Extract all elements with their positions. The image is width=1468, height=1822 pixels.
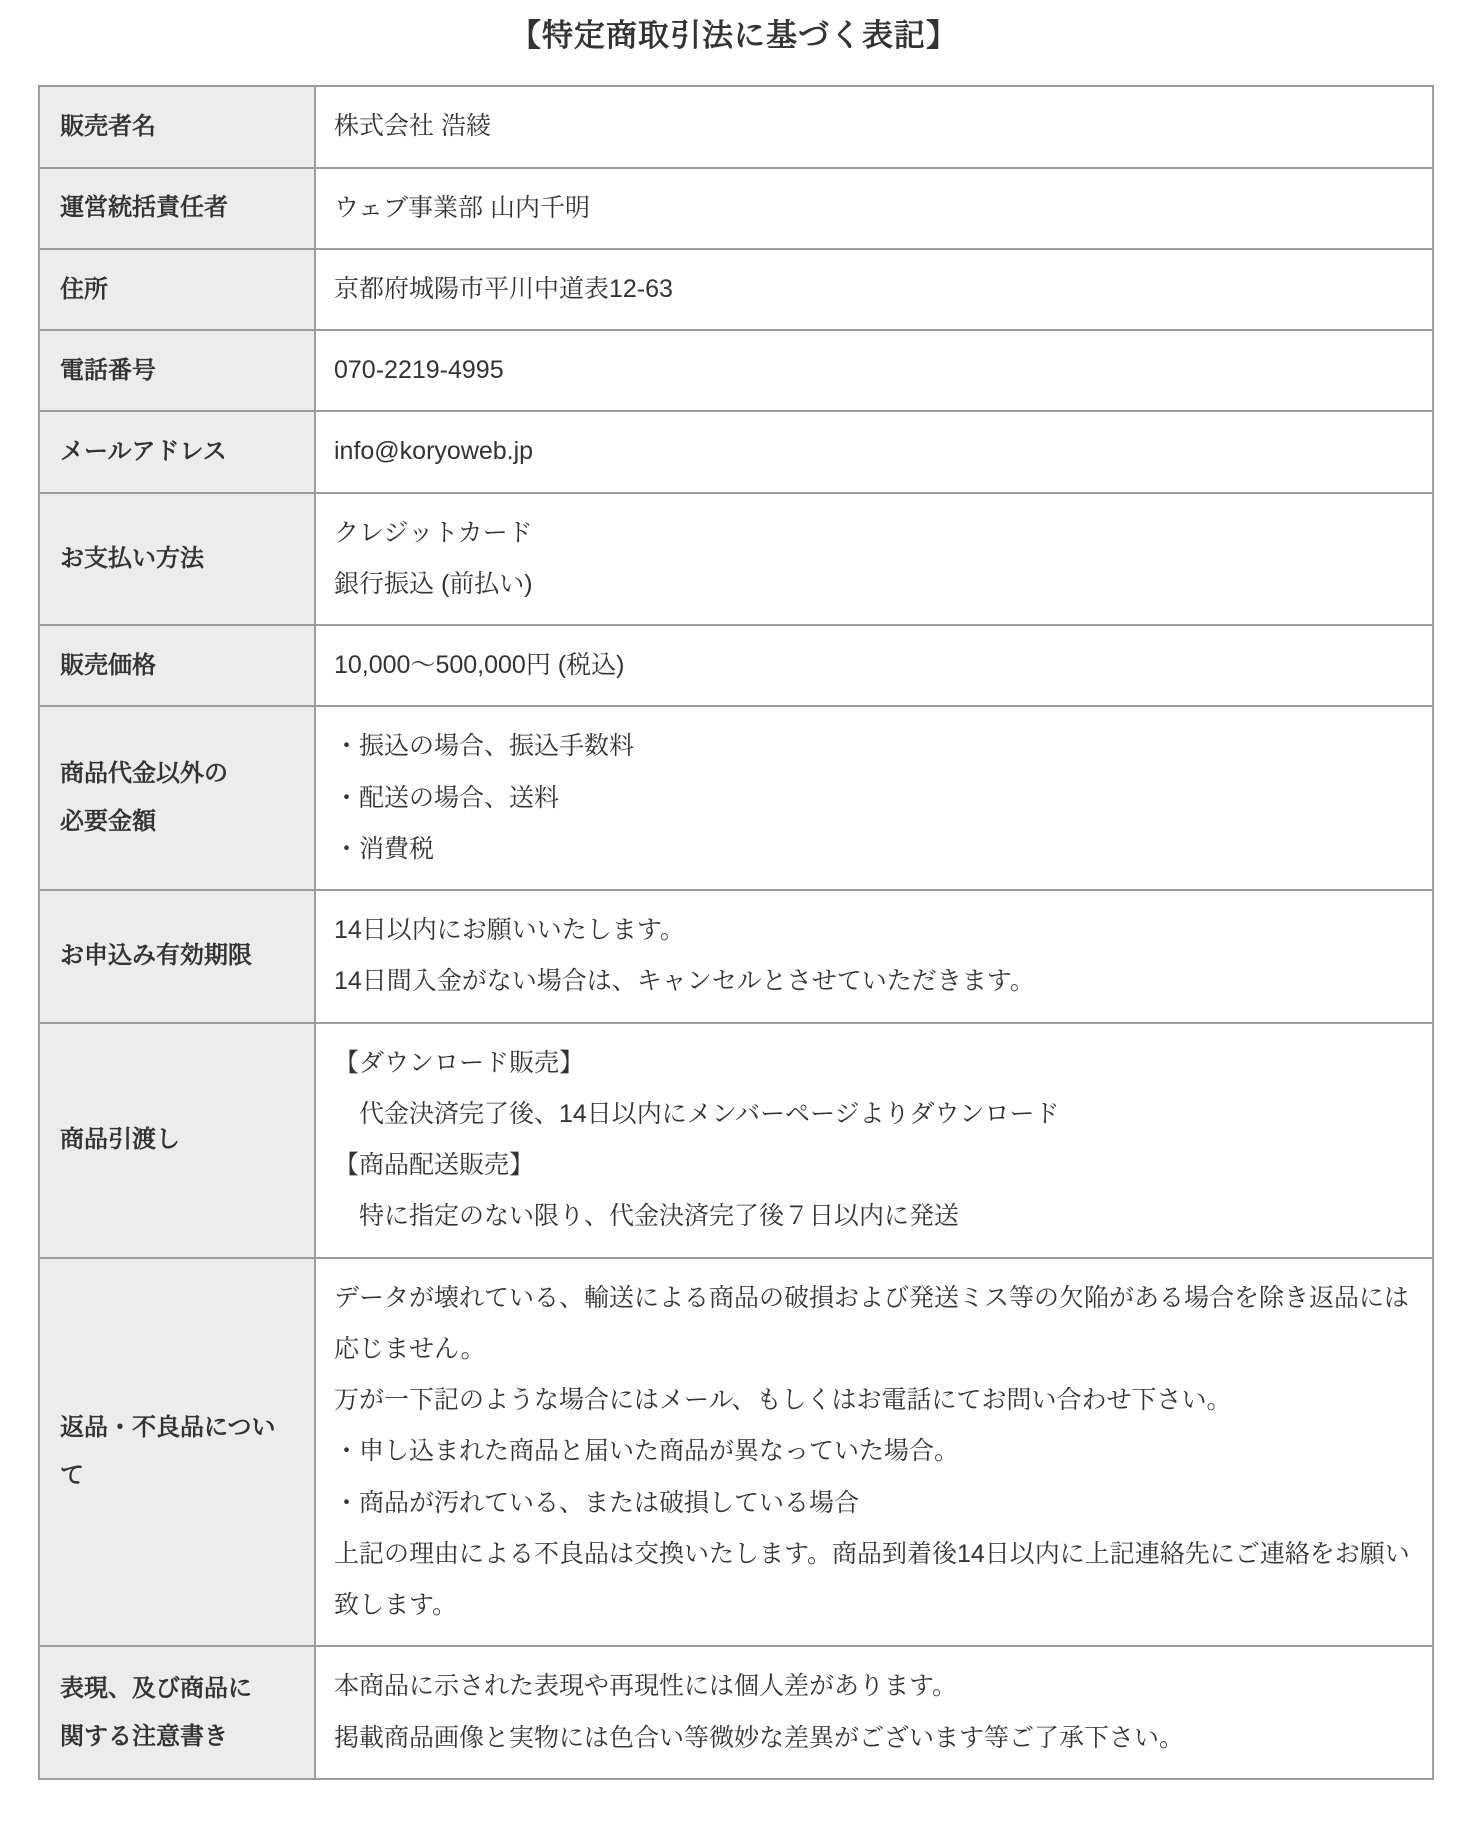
value-line: 代金決済完了後、14日以内にメンバーページよりダウンロード [334,1089,1414,1140]
legal-notice-page: 【特定商取引法に基づく表記】 販売者名 株式会社 浩綾 運営統括責任者 ウェブ事… [0,0,1468,1822]
row-label: 商品引渡し [40,1024,316,1257]
row-label: 電話番号 [40,331,316,410]
label-line: 必要金額 [60,798,294,846]
label-line: 表現、及び商品に [60,1665,294,1713]
label-line: メールアドレス [60,428,294,476]
row-value: 【ダウンロード販売】 代金決済完了後、14日以内にメンバーページよりダウンロード… [316,1024,1432,1257]
row-label: 販売者名 [40,87,316,166]
value-line: 10,000〜500,000円 (税込) [334,640,1414,691]
row-value: ・振込の場合、振込手数料 ・配送の場合、送料 ・消費税 [316,707,1432,889]
value-line: クレジットカード [334,508,1414,559]
row-value: 京都府城陽市平川中道表12-63 [316,250,1432,329]
value-line: 本商品に示された表現や再現性には個人差があります。 [334,1661,1414,1712]
row-value: 株式会社 浩綾 [316,87,1432,166]
label-line: 住所 [60,266,294,314]
value-line: 14日以内にお願いいたします。 [334,905,1414,956]
value-line: ・振込の場合、振込手数料 [334,721,1414,772]
value-line: ・申し込まれた商品と届いた商品が異なっていた場合。 [334,1426,1414,1477]
table-row-expression-disclaimer: 表現、及び商品に 関する注意書き 本商品に示された表現や再現性には個人差がありま… [40,1645,1432,1778]
row-label: 住所 [40,250,316,329]
label-line: 商品引渡し [60,1116,294,1164]
table-row-email-address: メールアドレス info@koryoweb.jp [40,410,1432,491]
value-line: 株式会社 浩綾 [334,101,1414,152]
value-line: ・消費税 [334,824,1414,875]
label-line: 販売価格 [60,642,294,690]
commercial-transaction-table: 販売者名 株式会社 浩綾 運営統括責任者 ウェブ事業部 山内千明 住所 京都府城… [38,85,1434,1780]
value-line: データが壊れている、輸送による商品の破損および発送ミス等の欠陥がある場合を除き返… [334,1273,1414,1376]
row-label: 表現、及び商品に 関する注意書き [40,1647,316,1778]
table-row-operations-manager: 運営統括責任者 ウェブ事業部 山内千明 [40,167,1432,248]
row-label: 販売価格 [40,626,316,705]
table-row-seller-name: 販売者名 株式会社 浩綾 [40,87,1432,166]
table-row-phone-number: 電話番号 070-2219-4995 [40,329,1432,410]
value-line: ウェブ事業部 山内千明 [334,183,1414,234]
label-line: 販売者名 [60,103,294,151]
row-label: メールアドレス [40,412,316,491]
row-value: クレジットカード 銀行振込 (前払い) [316,494,1432,625]
row-value: 14日以内にお願いいたします。 14日間入金がない場合は、キャンセルとさせていた… [316,891,1432,1022]
row-label: お支払い方法 [40,494,316,625]
row-value: ウェブ事業部 山内千明 [316,169,1432,248]
value-line: 万が一下記のような場合にはメール、もしくはお電話にてお問い合わせ下さい。 [334,1375,1414,1426]
value-line: 京都府城陽市平川中道表12-63 [334,264,1414,315]
label-line: 関する注意書き [60,1713,294,1761]
label-line: お申込み有効期限 [60,932,294,980]
label-line: お支払い方法 [60,535,294,583]
row-value: 本商品に示された表現や再現性には個人差があります。 掲載商品画像と実物には色合い… [316,1647,1432,1778]
row-value: 070-2219-4995 [316,331,1432,410]
value-line: 【ダウンロード販売】 [334,1038,1414,1089]
label-line: 電話番号 [60,347,294,395]
table-row-address: 住所 京都府城陽市平川中道表12-63 [40,248,1432,329]
value-line: ・配送の場合、送料 [334,773,1414,824]
value-line: 特に指定のない限り、代金決済完了後７日以内に発送 [334,1191,1414,1242]
page-title: 【特定商取引法に基づく表記】 [38,14,1430,57]
email-address-text: info@koryoweb.jp [334,426,1414,477]
label-line: 返品・不良品について [60,1404,294,1500]
row-label: 商品代金以外の 必要金額 [40,707,316,889]
label-line: 商品代金以外の [60,750,294,798]
row-value: 10,000〜500,000円 (税込) [316,626,1432,705]
table-row-returns-defective-items: 返品・不良品について データが壊れている、輸送による商品の破損および発送ミス等の… [40,1257,1432,1646]
table-row-application-validity: お申込み有効期限 14日以内にお願いいたします。 14日間入金がない場合は、キャ… [40,889,1432,1022]
label-line: 運営統括責任者 [60,184,294,232]
value-line: 上記の理由による不良品は交換いたします。商品到着後14日以内に上記連絡先にご連絡… [334,1529,1414,1632]
value-line: 14日間入金がない場合は、キャンセルとさせていただきます。 [334,956,1414,1007]
phone-number-text: 070-2219-4995 [334,345,1414,396]
row-label: 返品・不良品について [40,1259,316,1646]
value-line: 【商品配送販売】 [334,1140,1414,1191]
row-value: info@koryoweb.jp [316,412,1432,491]
row-label: お申込み有効期限 [40,891,316,1022]
table-row-sales-price: 販売価格 10,000〜500,000円 (税込) [40,624,1432,705]
table-row-additional-fees: 商品代金以外の 必要金額 ・振込の場合、振込手数料 ・配送の場合、送料 ・消費税 [40,705,1432,889]
table-row-product-delivery: 商品引渡し 【ダウンロード販売】 代金決済完了後、14日以内にメンバーページより… [40,1022,1432,1257]
row-value: データが壊れている、輸送による商品の破損および発送ミス等の欠陥がある場合を除き返… [316,1259,1432,1646]
row-label: 運営統括責任者 [40,169,316,248]
table-row-payment-methods: お支払い方法 クレジットカード 銀行振込 (前払い) [40,492,1432,625]
value-line: 掲載商品画像と実物には色合い等微妙な差異がございます等ご了承下さい。 [334,1713,1414,1764]
value-line: ・商品が汚れている、または破損している場合 [334,1478,1414,1529]
value-line: 銀行振込 (前払い) [334,559,1414,610]
